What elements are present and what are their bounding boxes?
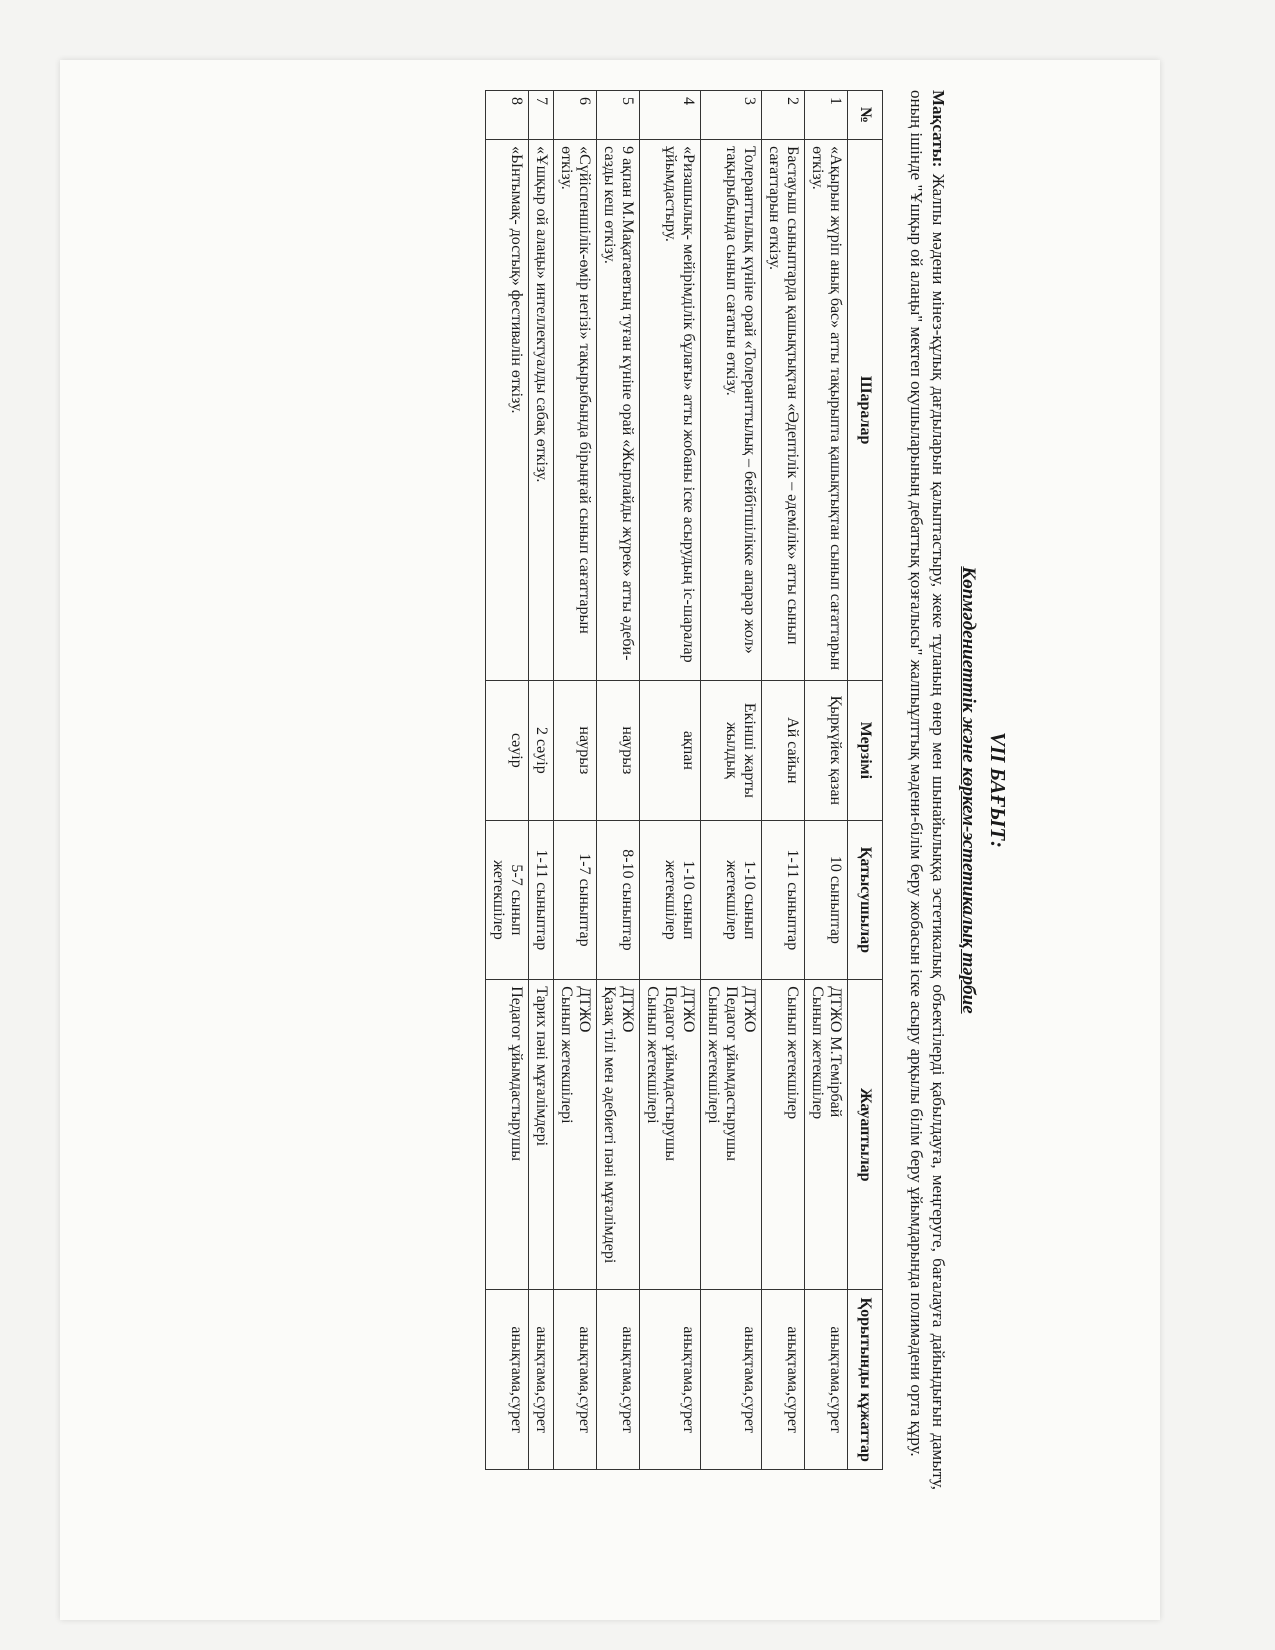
cell-event: «Ақырын жүріп анық бас» атты тақырыпта қ… bbox=[805, 140, 848, 681]
cell-number: 6 bbox=[554, 91, 597, 140]
cell-participants: 1-10 сынып жетекшілер bbox=[640, 820, 701, 980]
cell-docs: анықтама,сурет bbox=[529, 1290, 554, 1470]
cell-date: Екінші жарты жылдық bbox=[701, 681, 762, 821]
table-row: 59 ақпан М.Мақатаевтың туған күніне орай… bbox=[597, 91, 640, 1470]
responsible-line: ДТЖО bbox=[679, 986, 697, 1283]
table-row: 3Толеранттылық күніне орай «Толеранттылы… bbox=[701, 91, 762, 1470]
section-subtitle: Көпмәдениеттік және көркем-эстетикалық т… bbox=[957, 90, 979, 1490]
section-title: VII БАҒЫТ: bbox=[985, 90, 1010, 1490]
table-row: 8«Ынтымақ- достық» фестивалін өткізу.сәу… bbox=[486, 91, 529, 1470]
table-header-row: № Шаралар Мерзімі Қатысушылар Жауаптылар… bbox=[848, 91, 883, 1470]
cell-event: «Ұшқыр ой алаңы» интеллектуалды сабақ өт… bbox=[529, 140, 554, 681]
cell-responsible: ДТЖО М.ТемірбайСынып жетекшілер bbox=[805, 980, 848, 1290]
cell-responsible: Тарих пәні мұғалімдері bbox=[529, 980, 554, 1290]
table-row: 7«Ұшқыр ой алаңы» интеллектуалды сабақ ө… bbox=[529, 91, 554, 1470]
responsible-line: Қазақ тілі мен әдебиеті пәні мұғалімдері bbox=[600, 986, 618, 1283]
responsible-line: ДТЖО М.Темірбай bbox=[826, 986, 844, 1283]
cell-event: «Ынтымақ- достық» фестивалін өткізу. bbox=[486, 140, 529, 681]
cell-date: Қыркүйек қазан bbox=[805, 681, 848, 821]
cell-docs: анықтама,сурет bbox=[805, 1290, 848, 1470]
cell-date: 2 сәуір bbox=[529, 681, 554, 821]
header-date: Мерзімі bbox=[848, 681, 883, 821]
responsible-line: Сынып жетекшілер bbox=[808, 986, 826, 1283]
cell-number: 7 bbox=[529, 91, 554, 140]
cell-event: Бастауыш сыныптарда қашықтықтан «Әдептіл… bbox=[762, 140, 805, 681]
table-row: 1«Ақырын жүріп анық бас» атты тақырыпта … bbox=[805, 91, 848, 1470]
cell-responsible: ДТЖОҚазақ тілі мен әдебиеті пәні мұғалім… bbox=[597, 980, 640, 1290]
responsible-line: Сынып жетекшілері bbox=[704, 986, 722, 1283]
responsible-line: Тарих пәні мұғалімдері bbox=[532, 986, 550, 1283]
cell-number: 4 bbox=[640, 91, 701, 140]
header-participants: Қатысушылар bbox=[848, 820, 883, 980]
cell-event: 9 ақпан М.Мақатаевтың туған күніне орай … bbox=[597, 140, 640, 681]
cell-docs: анықтама,сурет bbox=[597, 1290, 640, 1470]
cell-event: Толеранттылық күніне орай «Толеранттылық… bbox=[701, 140, 762, 681]
header-docs: Қорытынды құжаттар bbox=[848, 1290, 883, 1470]
cell-docs: анықтама,сурет bbox=[762, 1290, 805, 1470]
rotated-document: VII БАҒЫТ: Көпмәдениеттік және көркем-эс… bbox=[190, 90, 1010, 1490]
cell-participants: 1-7 сыныптар bbox=[554, 820, 597, 980]
header-number: № bbox=[848, 91, 883, 140]
cell-docs: анықтама,сурет bbox=[486, 1290, 529, 1470]
cell-responsible: ДТЖОПедагог ұйымдастырушыСынып жетекшіле… bbox=[640, 980, 701, 1290]
cell-participants: 1-10 сынып жетекшілер bbox=[701, 820, 762, 980]
table-row: 2Бастауыш сыныптарда қашықтықтан «Әдепті… bbox=[762, 91, 805, 1470]
responsible-line: Сынып жетекшілері bbox=[557, 986, 575, 1283]
responsible-line: Сынып жетекшілер bbox=[783, 986, 801, 1283]
cell-responsible: ДТЖОПедагог ұйымдастырушыСынып жетекшіле… bbox=[701, 980, 762, 1290]
cell-date: ақпан bbox=[640, 681, 701, 821]
responsible-line: Педагог ұйымдастырушы bbox=[507, 986, 525, 1283]
responsible-line: Сынып жетекшілері bbox=[643, 986, 661, 1283]
header-responsible: Жауаптылар bbox=[848, 980, 883, 1290]
cell-number: 3 bbox=[701, 91, 762, 140]
cell-date: наурыз bbox=[554, 681, 597, 821]
goal-text: Жалпы мәдени мінез-құлық дағдыларын қалы… bbox=[907, 90, 948, 1490]
cell-participants: 1-11 сыныптар bbox=[529, 820, 554, 980]
responsible-line: Педагог ұйымдастырушы bbox=[661, 986, 679, 1283]
cell-docs: анықтама,сурет bbox=[701, 1290, 762, 1470]
events-table: № Шаралар Мерзімі Қатысушылар Жауаптылар… bbox=[485, 90, 883, 1470]
cell-date: наурыз bbox=[597, 681, 640, 821]
table-row: 6«Сүйіспеншілік-өмір негізі» тақырыбында… bbox=[554, 91, 597, 1470]
cell-date: сәуір bbox=[486, 681, 529, 821]
cell-number: 1 bbox=[805, 91, 848, 140]
table-row: 4«Ризашылық- мейірімділік бұлағы» атты ж… bbox=[640, 91, 701, 1470]
cell-date: Ай сайын bbox=[762, 681, 805, 821]
goal-paragraph: Мақсаты: Жалпы мәдени мінез-құлық дағдыл… bbox=[905, 90, 949, 1490]
goal-label: Мақсаты: bbox=[929, 90, 948, 167]
cell-event: «Сүйіспеншілік-өмір негізі» тақырыбында … bbox=[554, 140, 597, 681]
cell-docs: анықтама,сурет bbox=[640, 1290, 701, 1470]
cell-participants: 8-10 сыныптар bbox=[597, 820, 640, 980]
cell-responsible: Сынып жетекшілер bbox=[762, 980, 805, 1290]
cell-responsible: ДТЖОСынып жетекшілері bbox=[554, 980, 597, 1290]
cell-number: 8 bbox=[486, 91, 529, 140]
cell-participants: 1-11 сыныптар bbox=[762, 820, 805, 980]
responsible-line: ДТЖО bbox=[575, 986, 593, 1283]
responsible-line: ДТЖО bbox=[740, 986, 758, 1283]
cell-number: 2 bbox=[762, 91, 805, 140]
responsible-line: Педагог ұйымдастырушы bbox=[722, 986, 740, 1283]
cell-event: «Ризашылық- мейірімділік бұлағы» атты жо… bbox=[640, 140, 701, 681]
cell-responsible: Педагог ұйымдастырушы bbox=[486, 980, 529, 1290]
cell-participants: 10 сыныптар bbox=[805, 820, 848, 980]
cell-number: 5 bbox=[597, 91, 640, 140]
cell-participants: 5-7 сынып жетекшілер bbox=[486, 820, 529, 980]
header-events: Шаралар bbox=[848, 140, 883, 681]
responsible-line: ДТЖО bbox=[618, 986, 636, 1283]
cell-docs: анықтама,сурет bbox=[554, 1290, 597, 1470]
